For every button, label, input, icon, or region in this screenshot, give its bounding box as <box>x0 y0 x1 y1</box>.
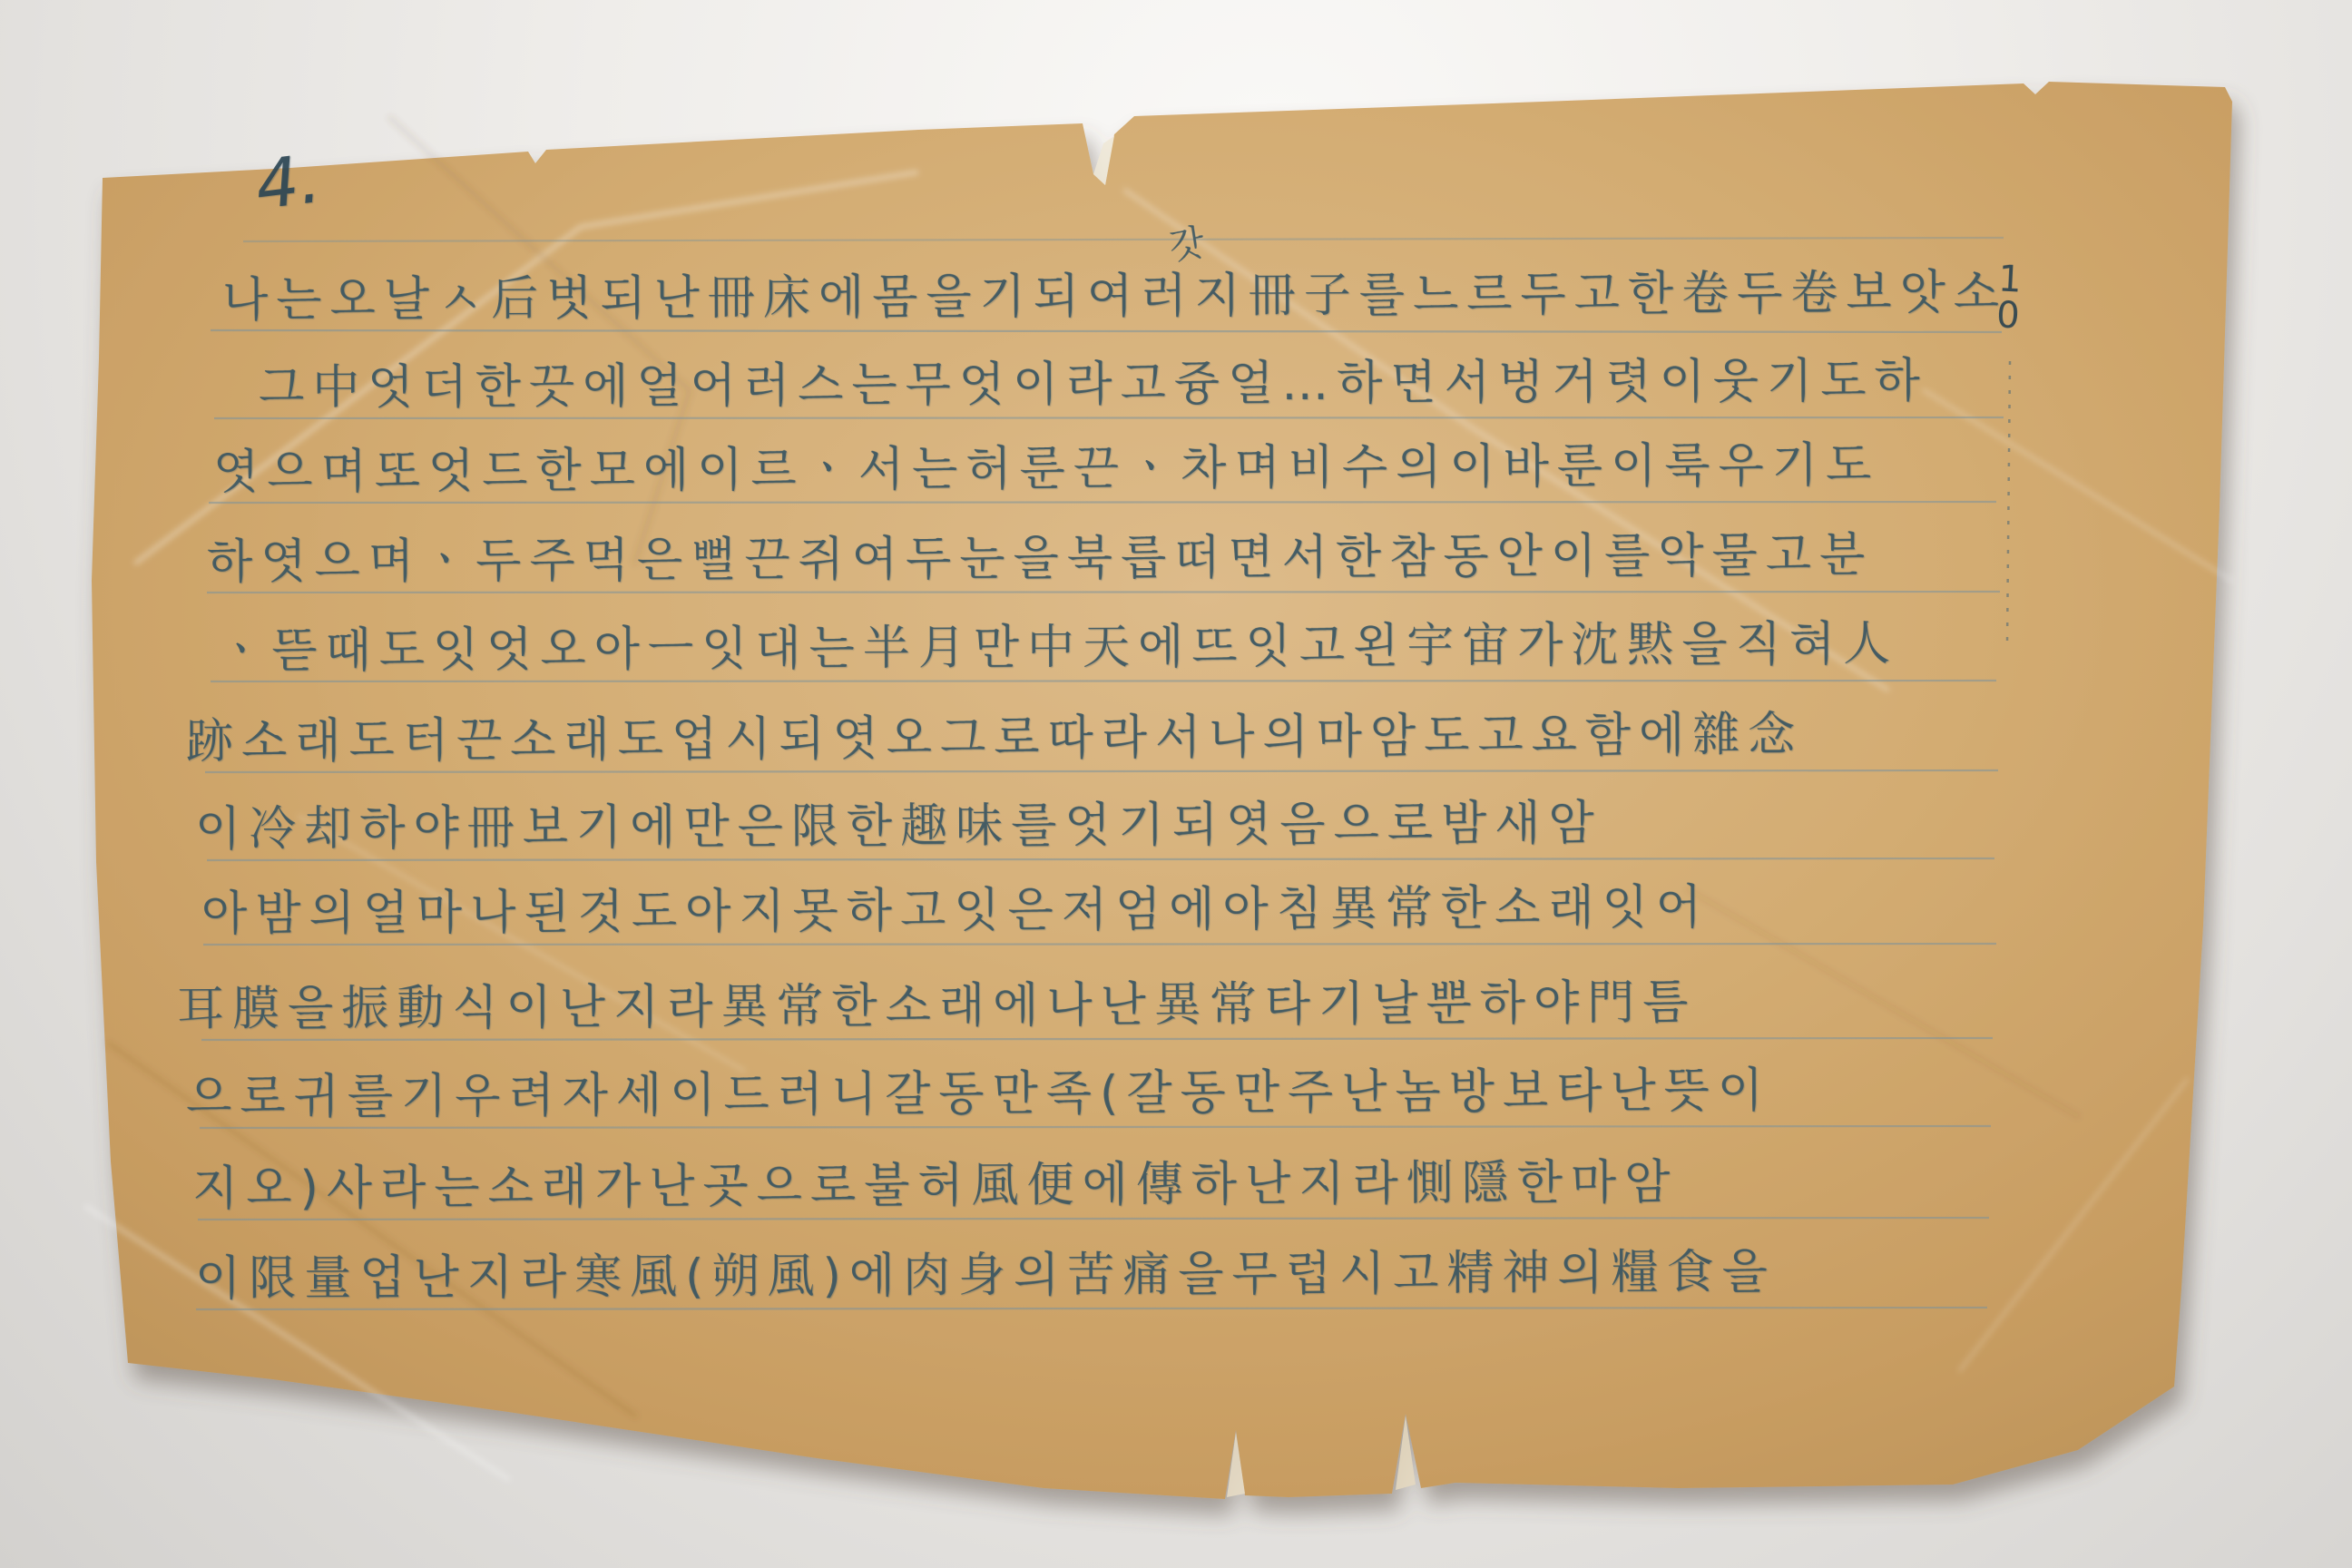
manuscript-line-12: 이限量업난지라寒風(朔風)에肉身의苦痛을무럽시고精神의糧食을 <box>195 1243 1776 1308</box>
manuscript-line-7: 이冷却하야冊보기에만은限한趣味를엇기되엿음으로밤새암 <box>195 795 1602 859</box>
manuscript-line-6: 跡소래도터끈소래도업시되엿오그로따라서나의마암도고요함에雜念 <box>186 706 1804 771</box>
manuscript-line-8: 아밤의얼마나된것도아지못하고잇은저엄에아침異常한소래잇어 <box>201 878 1710 943</box>
manuscript-line-3: 엿으며또엇드한모에이르ㆍ서는허룬끈ㆍ차며비수의이바룬이룩우기도 <box>213 436 1879 502</box>
page-number: 4. <box>251 140 325 225</box>
manuscript-line-10: 으로귀를기우려자세이드러니갈동만족(갈동만주난놈방보타난뜻이 <box>186 1062 1771 1127</box>
manuscript-line-5: ㆍ뜯때도잇엇오아ㅡ잇대는半月만中天에뜨잇고왼宇宙가沈黙을직혀人 <box>218 615 1898 681</box>
manuscript-line-11: 지오)사라는소래가난곳으로불허風便에傳하난지라惻隱한마암 <box>192 1153 1679 1218</box>
inserted-correction-char: 갓 <box>1165 213 1208 269</box>
manuscript-line-4: 하엿으며ㆍ두주먹은뻘끈쥐여두눈을북릅떠면서한참동안이를악물고분 <box>207 526 1873 592</box>
manuscript-line-1: 나는오날ㅅ后벗되난冊床에몸을기되여러지冊子를느르두고한卷두卷보앗소 <box>222 264 2007 330</box>
manuscript-line-9: 耳膜을振動식이난지라異常한소래에나난異常타기날뿐하야門틈 <box>177 974 1697 1038</box>
manuscript-line-2: 그中엇더한끗에얼어러스는무엇이라고즁얼…하면서벙거렷이웃기도하 <box>259 352 1928 417</box>
photo-background: 4. 1 0 갓 나는오날ㅅ后벗되난冊床에몸을기되여러지冊子를느르두고한卷두卷보… <box>0 0 2352 1568</box>
